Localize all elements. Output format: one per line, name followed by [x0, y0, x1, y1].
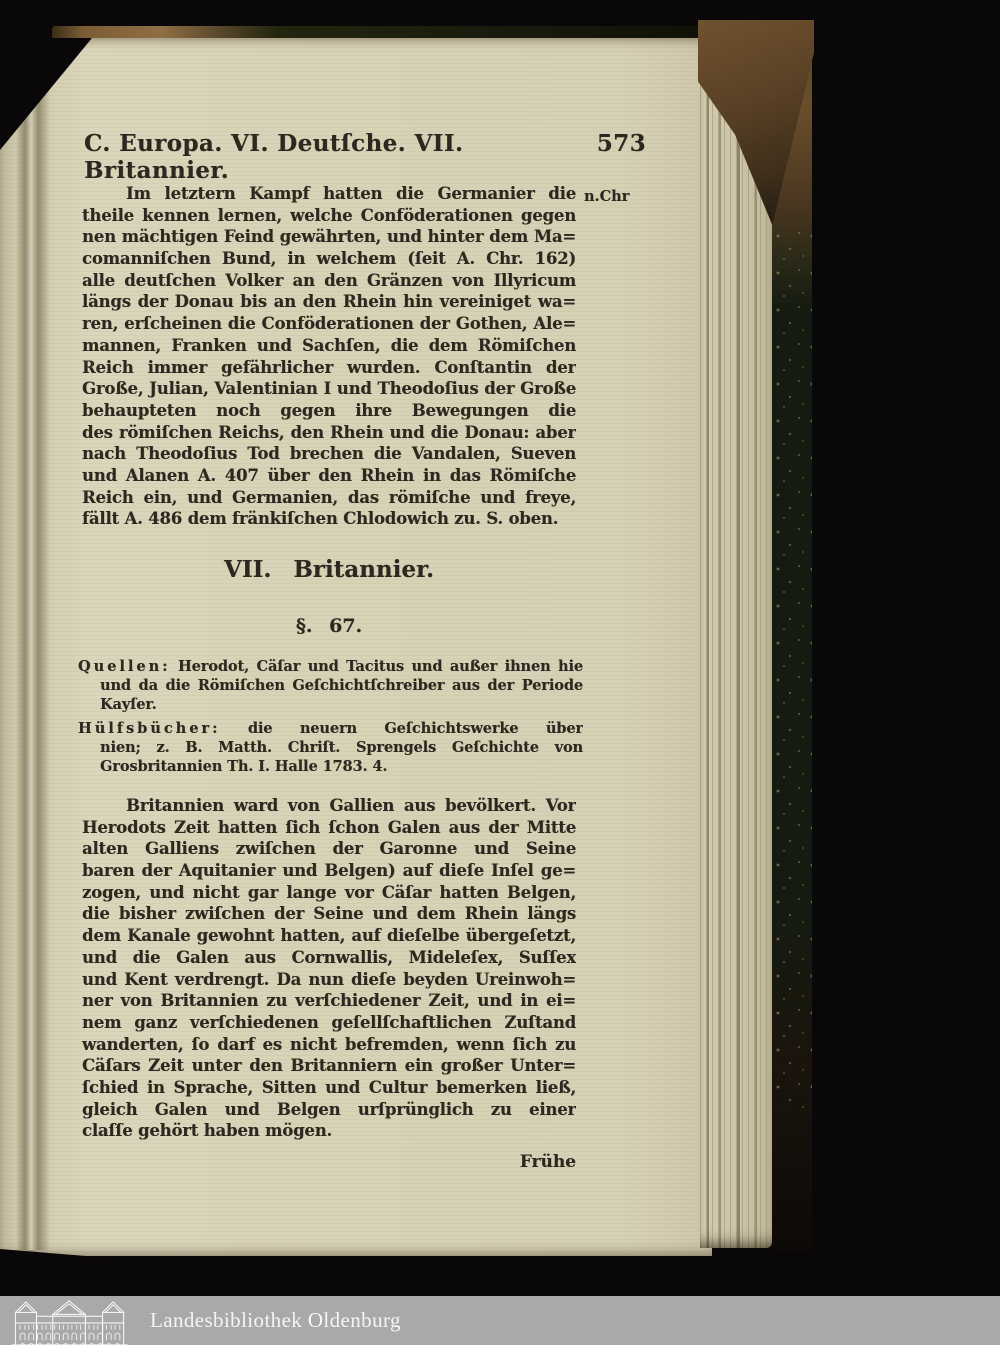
paragraph-2: Britannien ward von Gallien aus bevölker… [82, 795, 576, 1142]
sources-first-line: Quellen: Herodot, Cäſar und Tacitus und … [78, 658, 583, 677]
text-line: Kayſer. [78, 696, 583, 715]
library-name: Landesbibliothek Oldenburg [150, 1308, 401, 1333]
marbled-cover-texture [772, 229, 812, 1109]
text-line: nien; z. B. Matth. Chriſt. Sprengels Geſ… [78, 739, 583, 758]
text-line: fällt A. 486 dem fränkiſchen Chlodowich … [82, 508, 576, 530]
text-line: comanniſchen Bund, in welchem (ſeit A. C… [82, 248, 576, 270]
footer-bar: Landesbibliothek Oldenburg [0, 1296, 1000, 1345]
paragraph-mark: §. 67. [82, 615, 576, 637]
catchword: Frühe [82, 1152, 576, 1172]
text-line: nach Theodoſius Tod brechen die Vandalen… [82, 443, 576, 465]
page-number: 573 [597, 130, 646, 157]
text-line: und da die Römiſchen Geſchichtſchreiber … [78, 677, 583, 696]
sources-continuation: und da die Römiſchen Geſchichtſchreiber … [78, 677, 583, 715]
text-line: claſſe gehört haben mögen. [82, 1120, 576, 1142]
running-header: C. Europa. VI. Deutſche. VII. Britannier… [84, 130, 646, 184]
text-line: und Kent verdrengt. Da nun dieſe beyden … [82, 969, 576, 991]
text-line: theile kennen lernen, welche Conföderati… [82, 205, 576, 227]
margin-note: n.Chr [584, 188, 629, 205]
text-line: und die Galen aus Cornwallis, Mideleſex,… [82, 947, 576, 969]
text-line: dem Kanale gewohnt hatten, auf dieſelbe … [82, 925, 576, 947]
text-line: nen mächtigen Feind gewährten, und hinte… [82, 226, 576, 248]
text-line: längs der Donau bis an den Rhein hin ver… [82, 291, 576, 313]
text-line: die bisher zwiſchen der Seine und dem Rh… [82, 903, 576, 925]
text-line: Britannien ward von Gallien aus bevölker… [82, 795, 576, 817]
text-line: des römiſchen Reichs, den Rhein und die … [82, 422, 576, 444]
text-line: Grosbritannien Th. I. Halle 1783. 4. [78, 758, 583, 777]
text-line: baren der Aquitanier und Belgen) auf die… [82, 860, 576, 882]
helper-books-block: Hülfsbücher: die neuern Geſchichtswerke … [78, 720, 583, 776]
text-line: Große, Julian, Valentinian I und Theodoſ… [82, 378, 576, 400]
sources-block: Quellen: Herodot, Cäſar und Tacitus und … [78, 658, 583, 714]
text-line: wanderten, ſo darf es nicht befremden, w… [82, 1034, 576, 1056]
text-line: alle deutſchen Volker an den Gränzen von… [82, 270, 576, 292]
text-line: gleich Galen und Belgen urſprünglich zu … [82, 1099, 576, 1121]
text-line: ſchied in Sprache, Sitten und Cultur bem… [82, 1077, 576, 1099]
helper-books-continuation: nien; z. B. Matth. Chriſt. Sprengels Geſ… [78, 739, 583, 777]
text-line: Herodots Zeit hatten ſich ſchon Galen au… [82, 817, 576, 839]
text-line: Reich immer gefährlicher wurden. Conſtan… [82, 357, 576, 379]
helper-books-label: Hülfsbücher: [78, 720, 220, 737]
text-line: ren, erſcheinen die Conföderationen der … [82, 313, 576, 335]
book-fore-edge [700, 48, 772, 1248]
library-building-logo [7, 1299, 133, 1345]
section-heading: VII. Britannier. [82, 556, 576, 583]
text-line: Cäſars Zeit unter den Britanniern ein gr… [82, 1055, 576, 1077]
paragraph-1: Im letztern Kampf hatten die Germanier d… [82, 183, 576, 530]
text-line: alten Galliens zwiſchen der Garonne und … [82, 838, 576, 860]
text-line: Reich ein, und Germanien, das römiſche u… [82, 487, 576, 509]
text-line: Im letztern Kampf hatten die Germanier d… [82, 183, 576, 205]
text-line: behaupteten noch gegen ihre Bewegungen d… [82, 400, 576, 422]
sources-label: Quellen: [78, 658, 171, 675]
book-cover-edge [772, 44, 812, 1250]
helper-books-first-line: Hülfsbücher: die neuern Geſchichtswerke … [78, 720, 583, 739]
text-line: mannen, Franken und Sachſen, die dem Röm… [82, 335, 576, 357]
text-line: und Alanen A. 407 über den Rhein in das … [82, 465, 576, 487]
text-line: ner von Britannien zu verſchiedener Zeit… [82, 990, 576, 1012]
header-title: C. Europa. VI. Deutſche. VII. Britannier… [84, 130, 597, 184]
text-line: zogen, und nicht gar lange vor Cäſar hat… [82, 882, 576, 904]
sources-first-line-text: Herodot, Cäſar und Tacitus und außer ihn… [178, 658, 583, 675]
text-line: nem ganz verſchiedenen geſellſchaftliche… [82, 1012, 576, 1034]
gutter-crease [16, 44, 50, 1250]
